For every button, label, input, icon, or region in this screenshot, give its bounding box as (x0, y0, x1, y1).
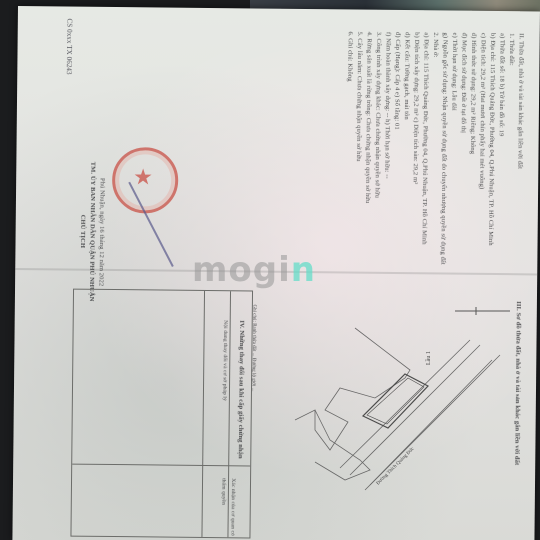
table-divider (72, 464, 250, 467)
watermark-text: mogi (192, 250, 291, 290)
section4-col1-header: Nội dung thay đổi và cơ sở pháp lý (218, 320, 229, 450)
section4-col2-header: Xác nhận của cơ quan có thẩm quyền (217, 478, 237, 538)
diagram-note: Ghi chú: Ranh thửa đất ... Đường lộ giới… (249, 304, 257, 414)
section-land-house-info: II. Thửa đất, nhà ở và tài sản khác gắn … (343, 31, 526, 263)
diagram-label-street: Đường Thích Quảng Đức (376, 446, 416, 486)
mogi-watermark: mogin (192, 250, 316, 290)
plot-diagram: Lầu 1 Đường Thích Quảng Đức (270, 270, 540, 540)
table-divider (201, 291, 205, 537)
diagram-label-floor: Lầu 1 (425, 351, 432, 365)
watermark-accent: n (291, 250, 316, 290)
certificate-serial: CS 0xxx TX 06243 (63, 18, 73, 108)
official-seal-icon (112, 147, 179, 214)
section2-title: II. Thửa đất, nhà ở và tài sản khác gắn … (514, 33, 526, 263)
